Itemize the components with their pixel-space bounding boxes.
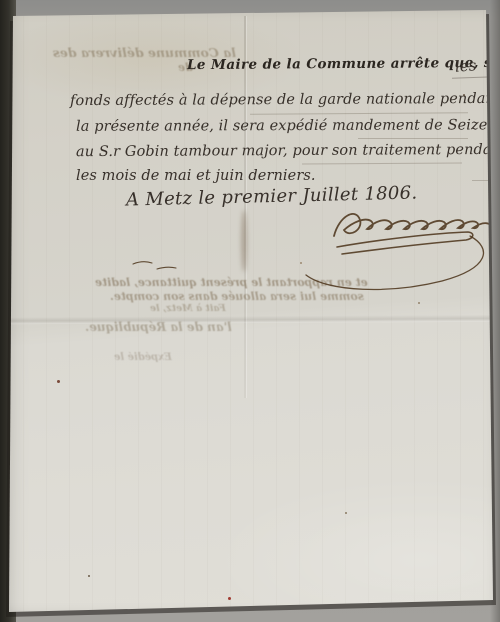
printed-header: Le Maire de la Commune arrête que, sur bbox=[187, 55, 500, 73]
foxing-speck bbox=[345, 512, 347, 514]
manuscript-line: au S.r Gobin tambour major, pour son tra… bbox=[76, 142, 500, 160]
underline-rule bbox=[358, 138, 468, 139]
bleedthrough-fragment: Expédié le bbox=[114, 352, 172, 363]
bleedthrough-fragment: l'an de la République. bbox=[85, 320, 232, 334]
foxing-speck bbox=[463, 94, 465, 96]
foxing-speck bbox=[228, 597, 231, 600]
bleedthrough-fragment: Fait à Metz, le bbox=[150, 303, 226, 314]
document-paper: la Commune délivrera des de et en rappor… bbox=[0, 0, 500, 622]
signature-scrawl bbox=[120, 196, 500, 304]
manuscript-line: fonds affectés à la dépense de la garde … bbox=[70, 91, 500, 109]
manuscript-line: la présente année, il sera expédié mande… bbox=[76, 117, 500, 135]
foxing-speck bbox=[418, 302, 420, 304]
handwritten-fillin: les bbox=[454, 56, 477, 75]
photograph-of-document: la Commune délivrera des de et en rappor… bbox=[0, 0, 500, 622]
horizontal-fold-crease bbox=[9, 315, 491, 325]
foxing-speck bbox=[300, 262, 302, 264]
manuscript-line: les mois de mai et juin derniers. bbox=[76, 168, 316, 184]
underline-rule bbox=[302, 162, 462, 164]
foxing-speck bbox=[57, 380, 60, 383]
underline-rule bbox=[250, 112, 468, 115]
foxing-speck bbox=[88, 575, 90, 577]
underline-rule bbox=[472, 180, 488, 181]
